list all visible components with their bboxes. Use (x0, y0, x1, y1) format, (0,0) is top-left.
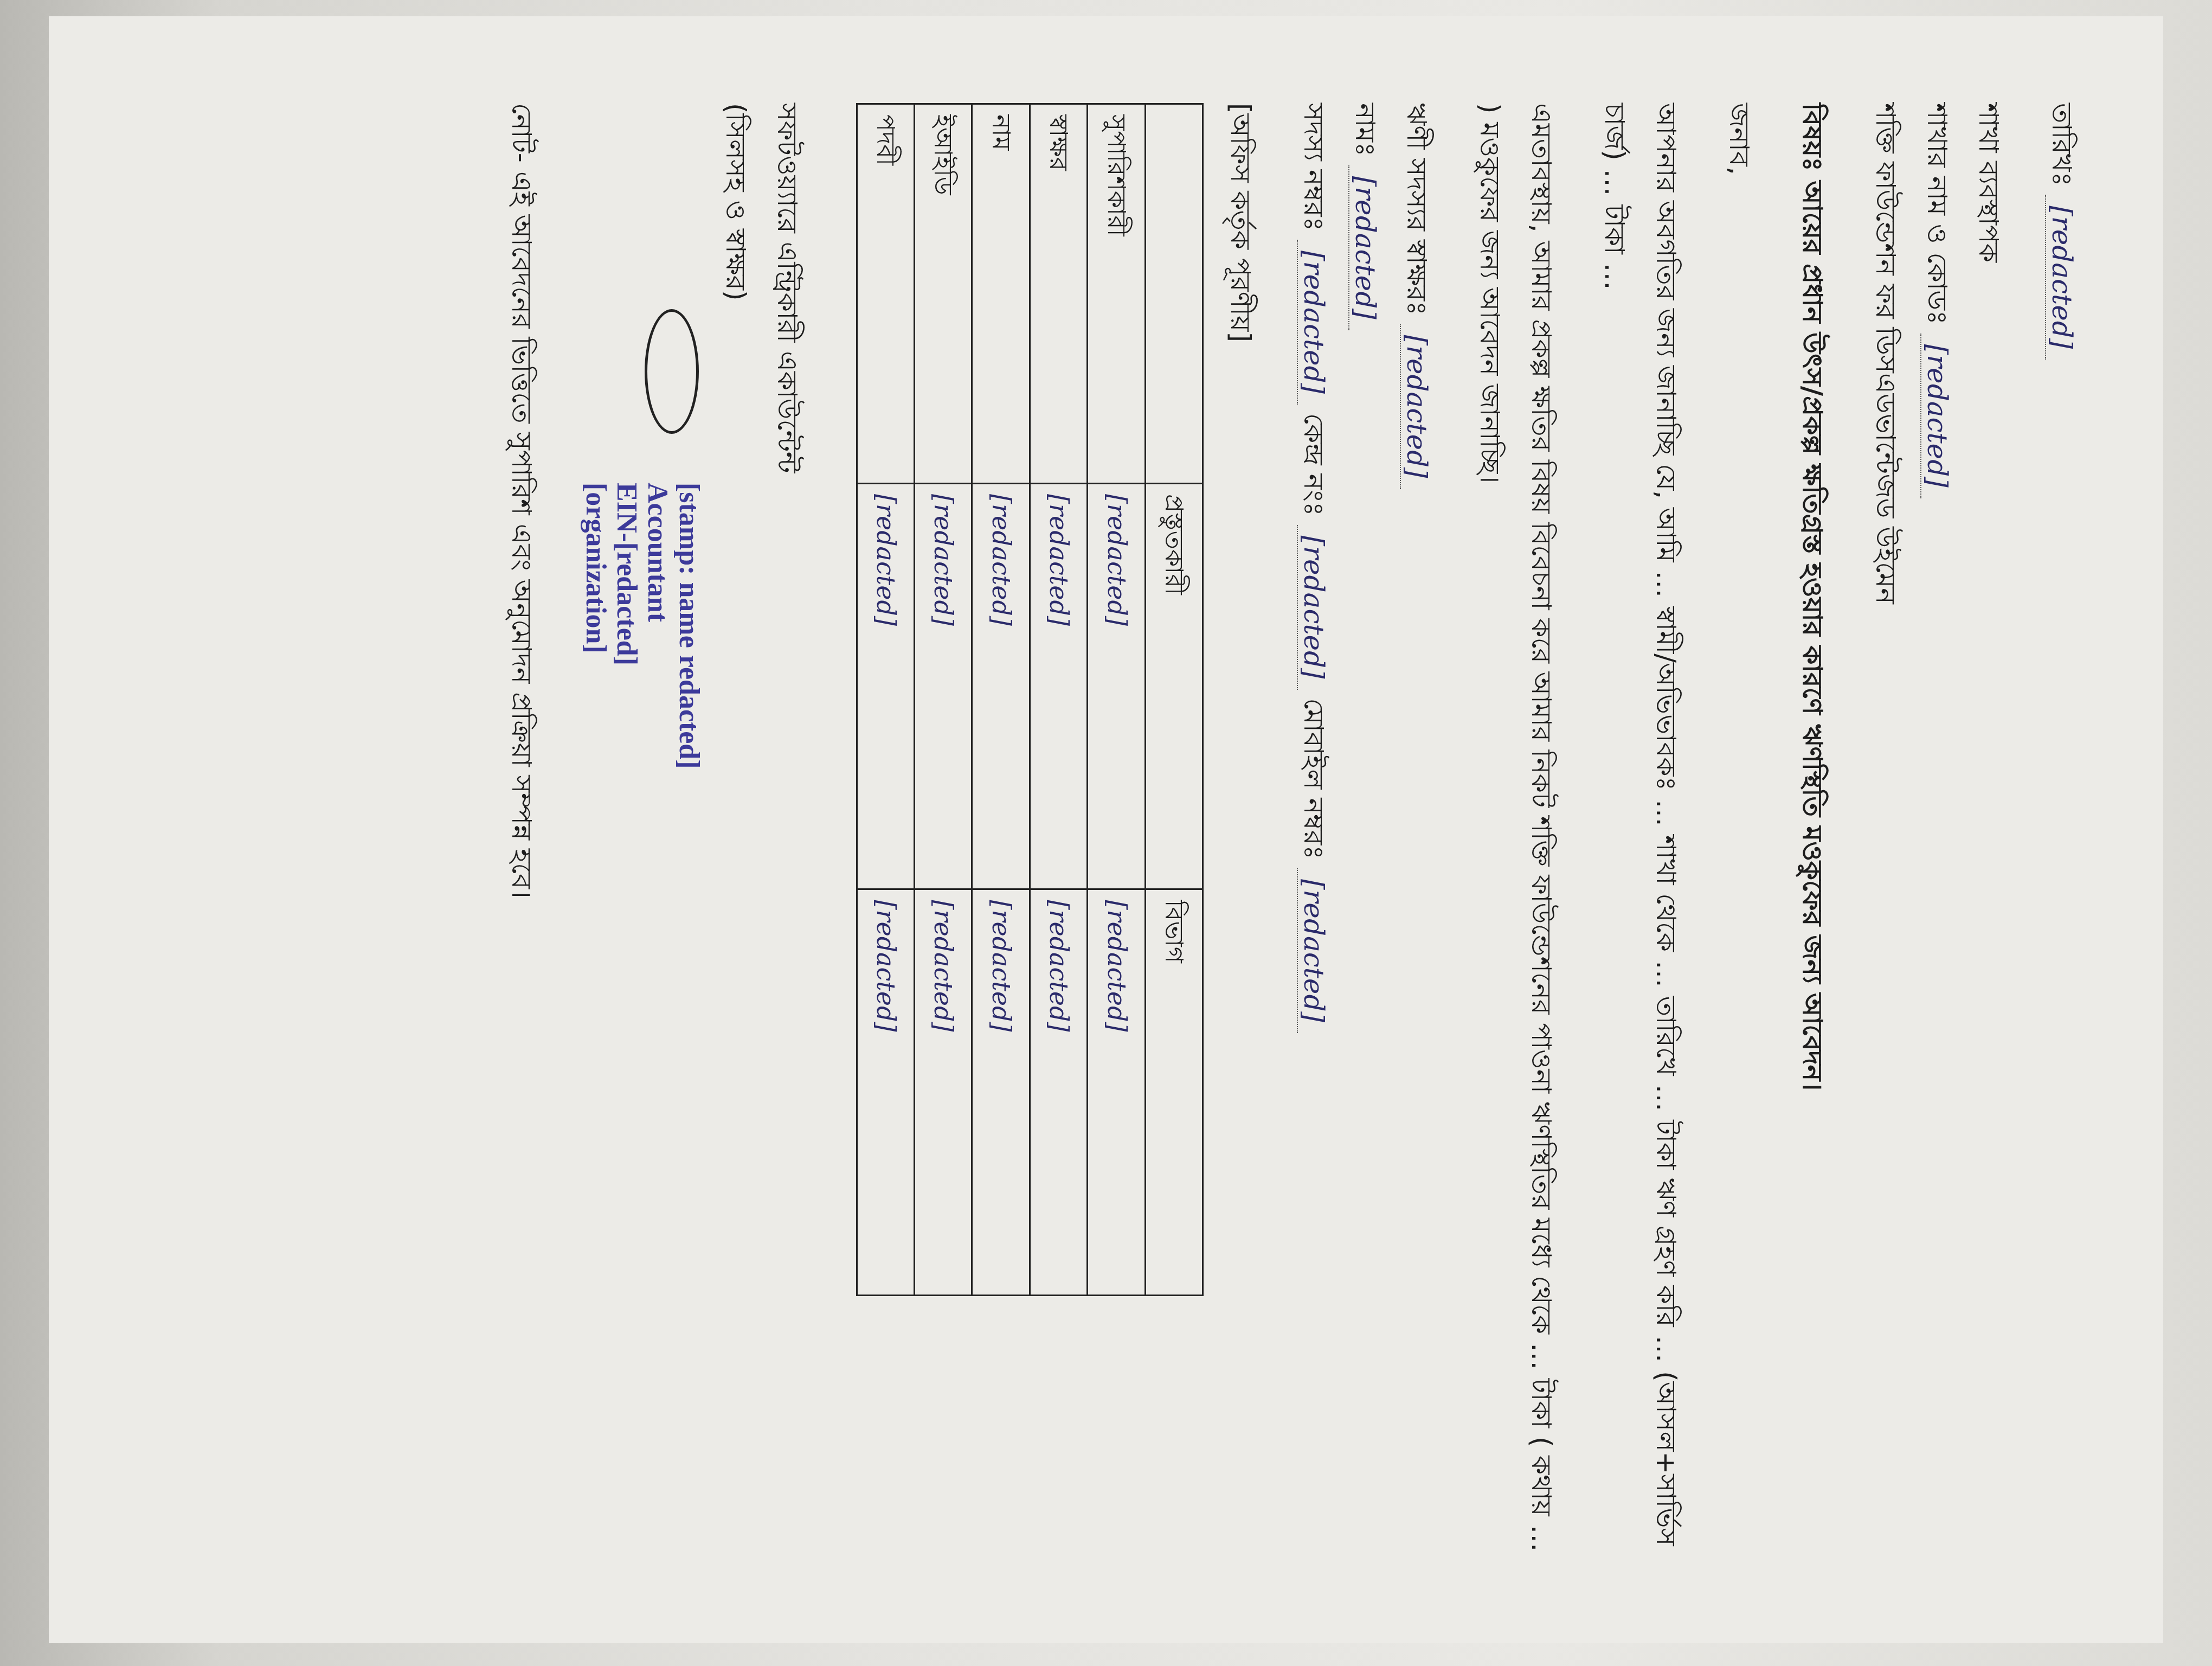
row-label: পদবী (857, 104, 914, 484)
branch-value: [redacted] (1920, 334, 1953, 498)
office-use-heading: [অফিস কর্তৃক পূরণীয়] (1214, 103, 1266, 1556)
member-number-label: সদস্য নম্বরঃ (1298, 103, 1329, 231)
application-form-paper: তারিখঃ [redacted] শাখা ব্যবস্থাপক শাখার … (49, 16, 2163, 1643)
mobile-label: মোবাইল নম্বরঃ (1298, 698, 1329, 860)
body-paragraph-1: আপনার অবগতির জন্য জানাচ্ছি যে, আমি … স্ব… (1589, 103, 1692, 1556)
subject-line: বিষয়ঃ আয়ের প্রধান উৎস/প্রকল্প ক্ষতিগ্র… (1786, 103, 1838, 1556)
table-cell: [redacted] (972, 483, 1030, 889)
office-use-table: প্রস্তুতকারী বিভাগ সুপারিশকারী [redacted… (856, 103, 1204, 1296)
table-header: বিভাগ (1145, 889, 1203, 1296)
member-number-value: [redacted] (1297, 240, 1329, 405)
table-row: পদবী [redacted] [redacted] (857, 104, 914, 1296)
row-label: স্বাক্ষর (1030, 104, 1087, 484)
table-cell: [redacted] (1030, 483, 1087, 889)
member-signature-label: ঋণী সদস্যর স্বাক্ষরঃ (1401, 103, 1432, 316)
member-name-value: [redacted] (1348, 165, 1381, 330)
organization-name: শক্তি ফাউন্ডেশন ফর ডিসএডভান্টেজড উইমেন (1860, 103, 1911, 1556)
table-cell: [redacted] (1030, 889, 1087, 1296)
salutation: জনাব, (1713, 103, 1765, 1556)
member-name-line: নামঃ [redacted] (1339, 103, 1391, 1556)
table-header (1145, 104, 1203, 484)
member-signature-value: [redacted] (1400, 324, 1432, 489)
table-row: ইআইডি [redacted] [redacted] (915, 104, 972, 1296)
table-row: সুপারিশকারী [redacted] [redacted] (1088, 104, 1145, 1296)
center-label: কেন্দ্র নংঃ (1298, 413, 1329, 516)
date-line: তারিখঃ [redacted] (2036, 103, 2087, 1556)
mobile-value: [redacted] (1297, 868, 1329, 1033)
center-value: [redacted] (1297, 525, 1329, 690)
signature-mark (645, 309, 699, 434)
row-label: ইআইডি (915, 104, 972, 484)
footer-note: নোট- এই আবেদনের ভিত্তিতে সুপারিশ এবং অনু… (496, 103, 547, 1556)
table-cell: [redacted] (1088, 483, 1145, 889)
approver-label: সফটওয়্যারে এন্ট্রিকারী একাউন্টেন্ট (761, 103, 813, 1556)
stamp-line: [organization] (580, 483, 611, 769)
table-cell: [redacted] (915, 889, 972, 1296)
row-label: নাম (972, 104, 1030, 484)
body-paragraph-2: এমতাবস্থায়, আমার প্রকল্প ক্ষতির বিষয় ব… (1464, 103, 1567, 1556)
stamp-line: [stamp: name redacted] (673, 483, 704, 769)
table-cell: [redacted] (972, 889, 1030, 1296)
official-stamp: [stamp: name redacted] Accountant EIN-[r… (580, 483, 704, 769)
recipient-title: শাখা ব্যবস্থাপক (1963, 103, 2014, 1556)
table-cell: [redacted] (857, 889, 914, 1296)
date-label: তারিখঃ (2046, 103, 2078, 186)
table-row: নাম [redacted] [redacted] (972, 104, 1030, 1296)
table-cell: [redacted] (915, 483, 972, 889)
table-header-row: প্রস্তুতকারী বিভাগ (1145, 104, 1203, 1296)
table-header: প্রস্তুতকারী (1145, 483, 1203, 889)
table-row: স্বাক্ষর [redacted] [redacted] (1030, 104, 1087, 1296)
date-value: [redacted] (2045, 195, 2078, 360)
photo-background: তারিখঃ [redacted] শাখা ব্যবস্থাপক শাখার … (0, 0, 2212, 1666)
stamp-line: EIN-[redacted] (611, 483, 642, 769)
stamp-line: Accountant (642, 483, 673, 769)
table-cell: [redacted] (1088, 889, 1145, 1296)
table-cell: [redacted] (857, 483, 914, 889)
stamp-area: [stamp: name redacted] Accountant EIN-[r… (547, 103, 710, 1556)
row-label: সুপারিশকারী (1088, 104, 1145, 484)
approver-sublabel: (সিলসহ ও স্বাক্ষর) (710, 103, 761, 1556)
member-name-label: নামঃ (1349, 103, 1381, 157)
branch-line: শাখার নাম ও কোডঃ [redacted] (1911, 103, 1963, 1556)
member-ids-line: সদস্য নম্বরঃ [redacted] কেন্দ্র নংঃ [red… (1288, 103, 1339, 1556)
branch-label: শাখার নাম ও কোডঃ (1921, 103, 1953, 325)
member-signature-line: ঋণী সদস্যর স্বাক্ষরঃ [redacted] (1391, 103, 1442, 1556)
